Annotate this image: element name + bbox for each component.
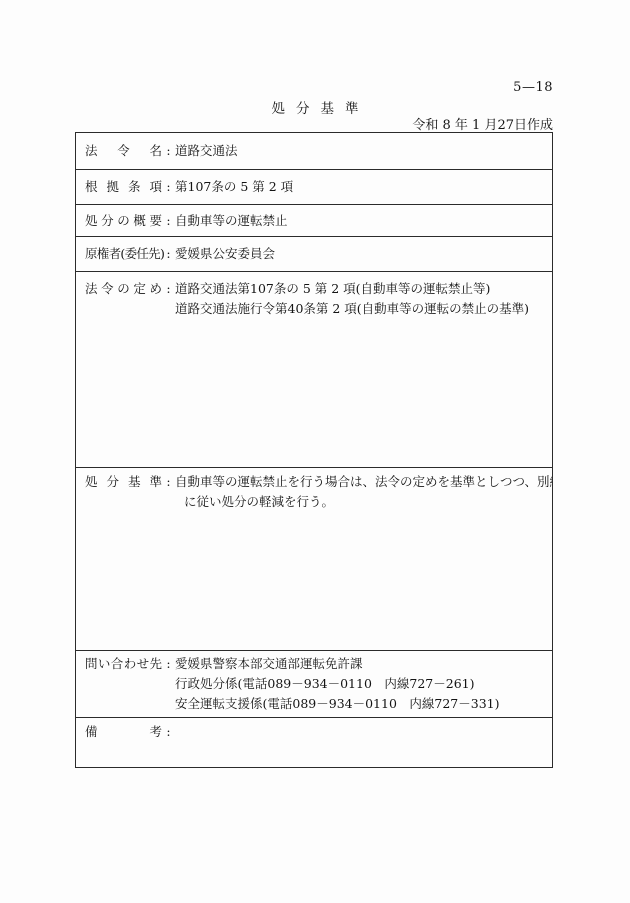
- value-line: 愛媛県公安委員会: [175, 244, 549, 264]
- label-separator: :: [162, 211, 175, 231]
- created-date: 令和 8 年 1 月27日作成: [412, 114, 553, 133]
- row-disposition-criteria: 処分基準 : 自動車等の運転禁止を行う場合は、法令の定めを基準としつつ、別紙 に…: [76, 468, 552, 651]
- criteria-table: 法令名 : 道路交通法 根拠条項 : 第107条の 5 第 2 項 処分の概要 …: [75, 132, 553, 768]
- page-number: 5—18: [513, 80, 553, 95]
- label-separator: :: [162, 141, 175, 161]
- label-separator: :: [162, 472, 175, 492]
- row-contact: 問い合わせ先 : 愛媛県警察本部交通部運転免許課 行政処分係(電話089－934…: [76, 651, 552, 718]
- value-line: に従い処分の軽減を行う。: [175, 492, 552, 512]
- value-line: 愛媛県警察本部交通部運転免許課: [175, 654, 549, 674]
- row-value: 自動車等の運転禁止を行う場合は、法令の定めを基準としつつ、別紙 に従い処分の軽減…: [175, 472, 552, 512]
- row-basis-article: 根拠条項 : 第107条の 5 第 2 項: [76, 170, 552, 205]
- row-label: 法令名: [85, 141, 162, 161]
- row-original-authority: 原権者(委任先) : 愛媛県公安委員会: [76, 237, 552, 272]
- row-label: 備考: [85, 722, 162, 742]
- value-line: 道路交通法施行令第40条第 2 項(自動車等の運転の禁止の基準): [175, 299, 549, 319]
- value-line: 道路交通法: [175, 141, 549, 161]
- value-line: 安全運転支援係(電話089－934－0110 内線727－331): [175, 694, 549, 714]
- row-value: 道路交通法: [175, 141, 549, 161]
- row-label: 処分の概要: [85, 211, 162, 231]
- document-page: 5—18 処分基準 令和 8 年 1 月27日作成 法令名 : 道路交通法 根拠…: [0, 0, 630, 903]
- label-separator: :: [162, 279, 175, 299]
- row-value: 道路交通法第107条の 5 第 2 項(自動車等の運転禁止等) 道路交通法施行令…: [175, 279, 549, 319]
- row-value: 自動車等の運転禁止: [175, 211, 549, 231]
- value-line: 自動車等の運転禁止: [175, 211, 549, 231]
- row-label: 法令の定め: [85, 279, 162, 299]
- value-line: 道路交通法第107条の 5 第 2 項(自動車等の運転禁止等): [175, 279, 549, 299]
- value-line: 自動車等の運転禁止を行う場合は、法令の定めを基準としつつ、別紙: [175, 472, 552, 492]
- row-law-provisions: 法令の定め : 道路交通法第107条の 5 第 2 項(自動車等の運転禁止等) …: [76, 272, 552, 468]
- row-remarks: 備考 :: [76, 718, 552, 767]
- row-label: 原権者(委任先): [85, 244, 162, 264]
- value-line: 第107条の 5 第 2 項: [175, 177, 549, 197]
- row-value: 愛媛県警察本部交通部運転免許課 行政処分係(電話089－934－0110 内線7…: [175, 654, 549, 714]
- row-label: 根拠条項: [85, 177, 162, 197]
- label-separator: :: [162, 244, 175, 264]
- row-disposition-outline: 処分の概要 : 自動車等の運転禁止: [76, 205, 552, 237]
- row-value: 第107条の 5 第 2 項: [175, 177, 549, 197]
- row-law-name: 法令名 : 道路交通法: [76, 133, 552, 170]
- value-line: 行政処分係(電話089－934－0110 内線727－261): [175, 674, 549, 694]
- label-separator: :: [162, 722, 175, 742]
- row-label: 問い合わせ先: [85, 654, 162, 674]
- label-separator: :: [162, 177, 175, 197]
- row-label: 処分基準: [85, 472, 162, 492]
- row-value: 愛媛県公安委員会: [175, 244, 549, 264]
- label-separator: :: [162, 654, 175, 674]
